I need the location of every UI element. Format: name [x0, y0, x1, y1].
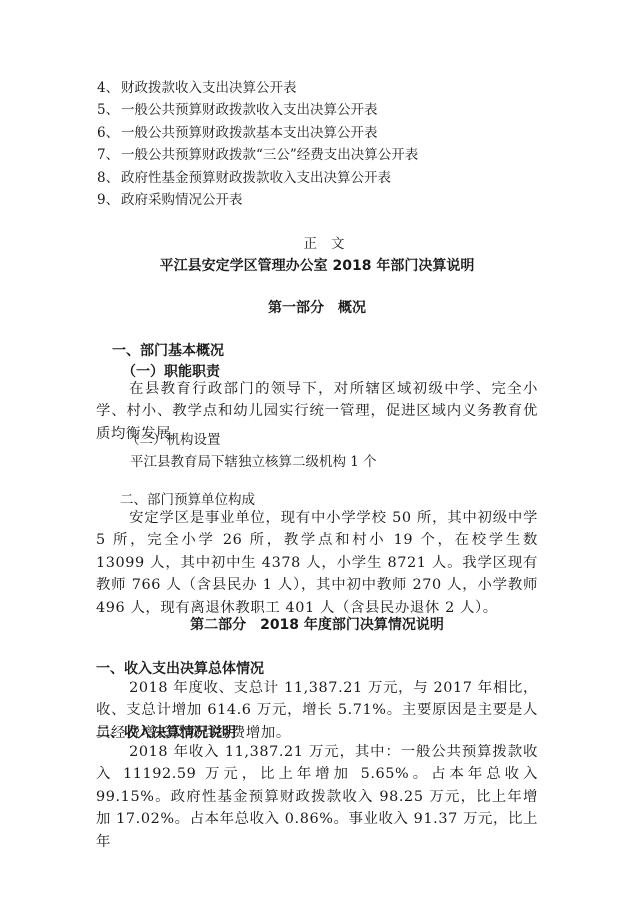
toc-item: 9、政府采购情况公开表	[97, 189, 418, 211]
toc-list: 4、财政拨款收入支出决算公开表 5、一般公共预算财政拨款收入支出决算公开表 6、…	[97, 77, 418, 211]
toc-item: 5、一般公共预算财政拨款收入支出决算公开表	[97, 99, 418, 121]
part1-sub2-heading: （二）机构设置	[126, 428, 221, 448]
toc-item: 7、一般公共预算财政拨款“三公”经费支出决算公开表	[97, 144, 418, 166]
part1-section2-heading: 二、部门预算单位构成	[120, 488, 255, 508]
document-title: 平江县安定学区管理办公室 2018 年部门决算说明	[0, 255, 634, 275]
part1-section2-text: 安定学区是事业单位，现有中小学学校 50 所，其中初级中学 5 所，完全小学 2…	[96, 507, 538, 619]
part2-section2-heading: 二、收入决算情况说明	[96, 722, 236, 742]
part1-section1-heading: 一、部门基本概况	[112, 340, 224, 360]
body-heading: 正文	[0, 232, 634, 252]
toc-item-text: 财政拨款收入支出决算公开表	[121, 80, 297, 96]
toc-item-text: 政府采购情况公开表	[121, 192, 243, 208]
part1-sub2-text: 平江县教育局下辖独立核算二级机构 1 个	[130, 450, 377, 470]
toc-item-number: 6、	[97, 122, 121, 144]
toc-item: 4、财政拨款收入支出决算公开表	[97, 77, 418, 99]
toc-item-number: 5、	[97, 99, 121, 121]
toc-item: 8、政府性基金预算财政拨款收入支出决算公开表	[97, 167, 418, 189]
toc-item-text: 一般公共预算财政拨款基本支出决算公开表	[121, 125, 378, 141]
part2-title: 第二部分 2018 年度部门决算情况说明	[0, 614, 634, 634]
toc-item-number: 8、	[97, 167, 121, 189]
part1-title: 第一部分 概况	[0, 297, 634, 317]
toc-item-number: 4、	[97, 77, 121, 99]
toc-item: 6、一般公共预算财政拨款基本支出决算公开表	[97, 122, 418, 144]
toc-item-text: 政府性基金预算财政拨款收入支出决算公开表	[121, 170, 391, 186]
part2-section2-text: 2018 年收入 11,387.21 万元，其中：一般公共预算拨款收入 1119…	[96, 741, 538, 853]
document-page: 4、财政拨款收入支出决算公开表 5、一般公共预算财政拨款收入支出决算公开表 6、…	[0, 0, 634, 898]
part2-section1-heading: 一、收入支出决算总体情况	[96, 658, 264, 678]
toc-item-number: 9、	[97, 189, 121, 211]
toc-item-text: 一般公共预算财政拨款收入支出决算公开表	[121, 102, 378, 118]
toc-item-number: 7、	[97, 144, 121, 166]
toc-item-text: 一般公共预算财政拨款“三公”经费支出决算公开表	[121, 147, 418, 163]
